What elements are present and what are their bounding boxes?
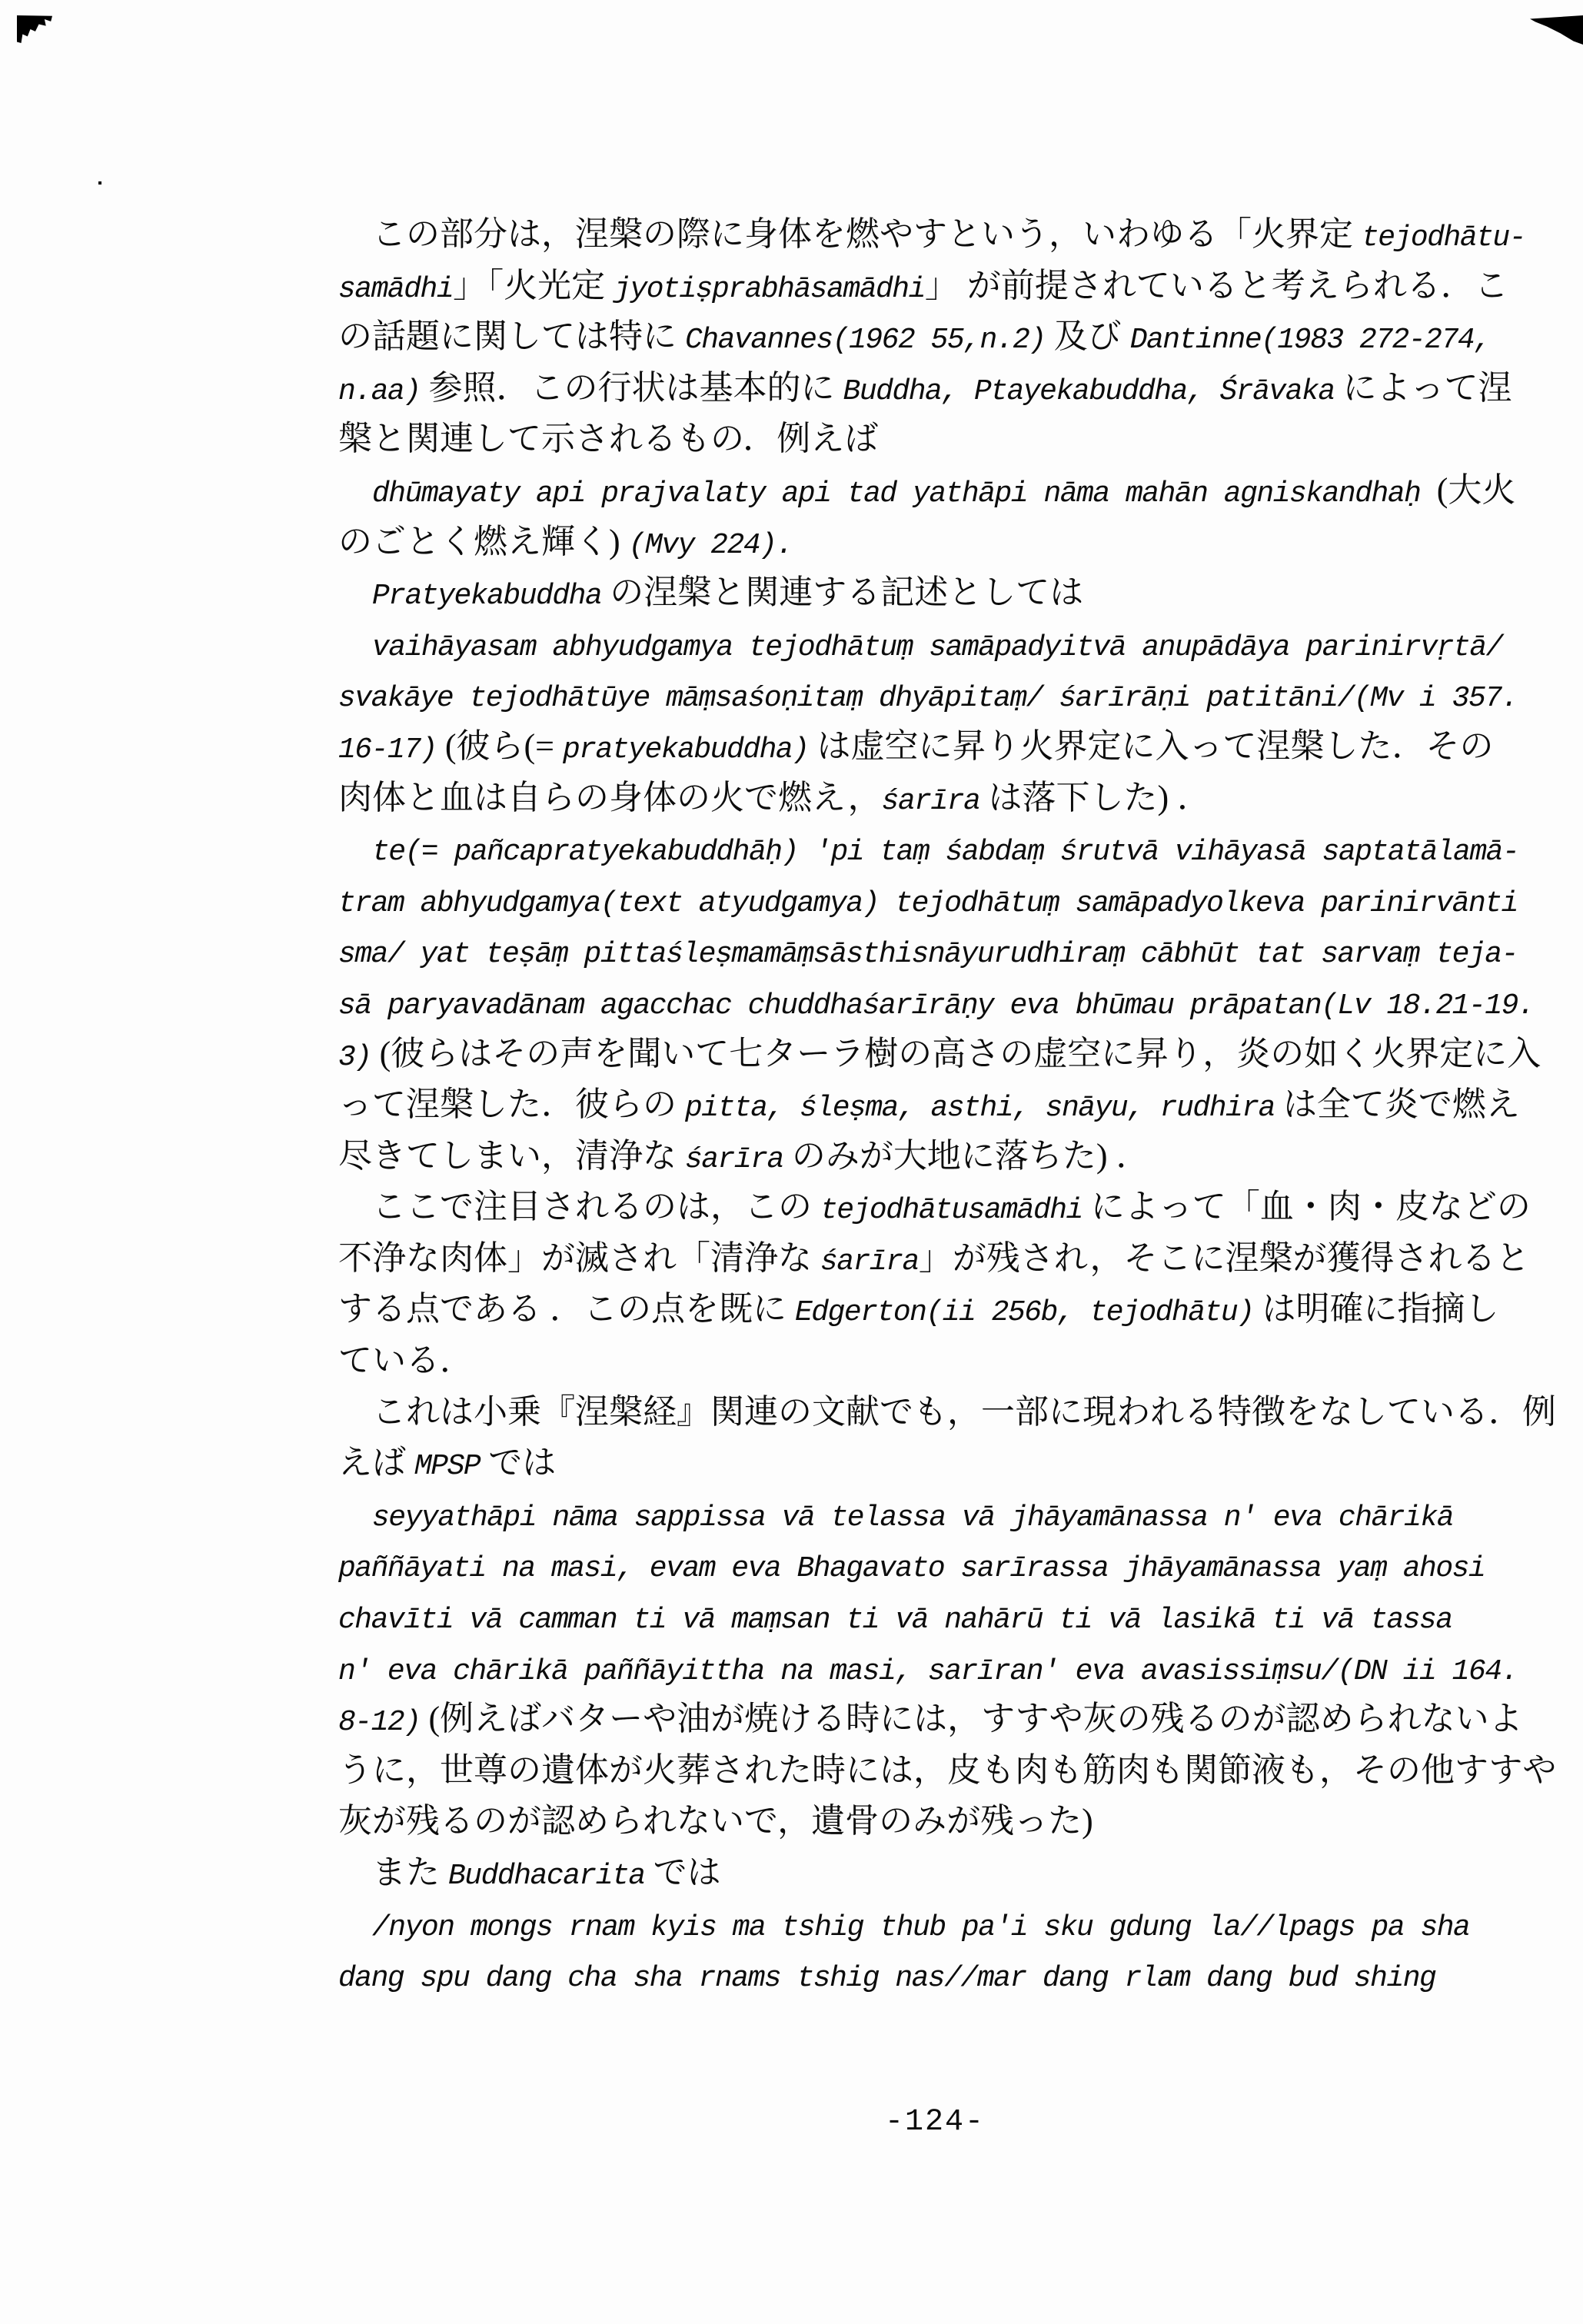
text-line: これは小乗『涅槃経』関連の文献でも，一部に現われる特徴をなしている．例 bbox=[338, 1387, 1531, 1438]
japanese-segment: うに，世尊の遺体が火葬された時には，皮も肉も筋肉も関節液も，その他すすや bbox=[338, 1751, 1556, 1789]
transliteration-segment: pitta, śleṣma, asthi, snāyu, rudhira bbox=[685, 1092, 1275, 1125]
text-line: ここで注目されるのは，この tejodhātusamādhi によって「血・肉・… bbox=[338, 1182, 1531, 1233]
text-line: ている． bbox=[338, 1335, 1531, 1387]
japanese-segment: 参照．この行状は基本的に bbox=[421, 369, 843, 407]
transliteration-segment: Dantinne(1983 272-274, bbox=[1130, 324, 1491, 357]
transliteration-segment: tram abhyudgamya(text atyudgamya) tejodh… bbox=[338, 887, 1518, 920]
japanese-segment: この部分は，涅槃の際に身体を燃やすという，いわゆる「火界定 bbox=[372, 215, 1362, 253]
japanese-segment: (例えばバターや油が焼ける時には，すすや灰の残るのが認められないよ bbox=[421, 1700, 1523, 1737]
japanese-segment: これは小乗『涅槃経』関連の文献でも，一部に現われる特徴をなしている．例 bbox=[372, 1393, 1556, 1431]
text-line: chavīti vā camman ti vā maṃsan ti vā nah… bbox=[338, 1591, 1531, 1643]
text-line: dang spu dang cha sha rnams tshig nas//m… bbox=[338, 1950, 1531, 2001]
transliteration-segment: n.aa) bbox=[338, 375, 421, 408]
transliteration-segment: 8-12) bbox=[338, 1706, 421, 1739]
japanese-segment: (彼ら(= bbox=[437, 727, 563, 765]
text-line: seyyathāpi nāma sappissa vā telassa vā j… bbox=[338, 1489, 1531, 1541]
japanese-segment: 灰が残るのが認められないで，遺骨のみが残った) bbox=[338, 1802, 1093, 1840]
japanese-segment: ここで注目されるのは，この bbox=[372, 1188, 820, 1225]
japanese-segment: えば bbox=[338, 1444, 414, 1481]
text-line: 灰が残るのが認められないで，遺骨のみが残った) bbox=[338, 1796, 1531, 1847]
text-line: Pratyekabuddha の涅槃と関連する記述としては bbox=[338, 567, 1531, 619]
japanese-segment: って涅槃した．彼らの bbox=[338, 1086, 685, 1123]
japanese-segment: の話題に関しては特に bbox=[338, 318, 685, 355]
japanese-segment: のみが大地に落ちた) ． bbox=[783, 1137, 1150, 1175]
text-line: また Buddhacarita では bbox=[338, 1847, 1531, 1899]
japanese-segment: 槃と関連して示されるもの．例えば bbox=[338, 420, 878, 457]
japanese-segment: 」「火光定 bbox=[453, 267, 614, 304]
japanese-segment: 」が残され，そこに涅槃が獲得されると bbox=[919, 1239, 1530, 1277]
transliteration-segment: vaihāyasam abhyudgamya tejodhātuṃ samāpa… bbox=[372, 631, 1502, 664]
transliteration-segment: jyotiṣprabhāsamādhi bbox=[614, 273, 925, 306]
text-line: /nyon mongs rnam kyis ma tshig thub pa'i… bbox=[338, 1899, 1531, 1950]
transliteration-segment: tejodhātu- bbox=[1362, 221, 1525, 254]
text-line: 不浄な肉体」が滅され「清浄な śarīra」が残され，そこに涅槃が獲得されると bbox=[338, 1233, 1531, 1285]
text-line: sma/ yat teṣāṃ pittaśleṣmamāṃsāsthisnāyu… bbox=[338, 926, 1531, 977]
japanese-segment: 肉体と血は自らの身体の火で燃え， bbox=[338, 779, 882, 816]
text-line: tram abhyudgamya(text atyudgamya) tejodh… bbox=[338, 875, 1531, 926]
transliteration-segment: te(= pañcapratyekabuddhāḥ) 'pi taṃ śabda… bbox=[372, 836, 1518, 869]
text-line: n.aa) 参照．この行状は基本的に Buddha, Ptayekabuddha… bbox=[338, 363, 1531, 414]
japanese-segment: では bbox=[480, 1444, 556, 1481]
japanese-segment: 不浄な肉体」が滅され「清浄な bbox=[338, 1239, 820, 1277]
japanese-segment: は全て炎で燃え bbox=[1275, 1086, 1520, 1123]
text-line: する点である ．この点を既に Edgerton(ii 256b, tejodhā… bbox=[338, 1284, 1531, 1335]
torn-corner-mark-top-right bbox=[1530, 15, 1583, 45]
text-line: の話題に関しては特に Chavannes(1962 55,n.2) 及び Dan… bbox=[338, 311, 1531, 363]
text-line: 槃と関連して示されるもの．例えば bbox=[338, 414, 1531, 465]
transliteration-segment: chavīti vā camman ti vā maṃsan ti vā nah… bbox=[338, 1604, 1452, 1637]
japanese-segment: 及び bbox=[1046, 318, 1130, 355]
scanned-page: { "colors": { "paper": "#fdfdfd", "ink":… bbox=[0, 0, 1583, 2324]
ink-speck bbox=[98, 181, 101, 185]
transliteration-segment: Buddhacarita bbox=[448, 1860, 645, 1893]
japanese-segment: また bbox=[372, 1854, 448, 1891]
transliteration-segment: pratyekabuddha) bbox=[563, 733, 809, 766]
text-line: って涅槃した．彼らの pitta, śleṣma, asthi, snāyu, … bbox=[338, 1079, 1531, 1131]
japanese-segment: によって「血・肉・皮などの bbox=[1082, 1188, 1531, 1225]
text-line: えば MPSP では bbox=[338, 1438, 1531, 1489]
japanese-segment: (彼らはその声を聞いて七ターラ樹の高さの虚空に昇り，炎の如く火界定に入 bbox=[371, 1035, 1541, 1072]
text-line: この部分は，涅槃の際に身体を燃やすという，いわゆる「火界定 tejodhātu- bbox=[338, 209, 1531, 261]
transliteration-segment: MPSP bbox=[414, 1450, 480, 1483]
transliteration-segment: śarīra bbox=[882, 785, 980, 818]
torn-corner-mark-top-left bbox=[17, 15, 52, 43]
transliteration-segment: seyyathāpi nāma sappissa vā telassa vā j… bbox=[372, 1501, 1453, 1534]
japanese-segment: の涅槃と関連する記述としては bbox=[601, 574, 1083, 611]
transliteration-segment: dang spu dang cha sha rnams tshig nas//m… bbox=[338, 1962, 1435, 1995]
text-line: うに，世尊の遺体が火葬された時には，皮も肉も筋肉も関節液も，その他すすや bbox=[338, 1745, 1531, 1797]
japanese-segment: する点である ．この点を既に bbox=[338, 1290, 795, 1328]
text-line: 肉体と血は自らの身体の火で燃え，śarīra は落下した) ． bbox=[338, 773, 1531, 824]
text-line: dhūmayaty api prajvalaty api tad yathāpi… bbox=[338, 465, 1531, 517]
transliteration-segment: tejodhātusamādhi bbox=[820, 1194, 1082, 1227]
text-line: te(= pañcapratyekabuddhāḥ) 'pi taṃ śabda… bbox=[338, 823, 1531, 875]
transliteration-segment: Chavannes(1962 55,n.2) bbox=[685, 324, 1046, 357]
japanese-segment: のごとく燃え輝く) bbox=[338, 523, 629, 560]
text-line: 16-17) (彼ら(= pratyekabuddha) は虚空に昇り火界定に入… bbox=[338, 721, 1531, 773]
transliteration-segment: paññāyati na masi, evam eva Bhagavato sa… bbox=[338, 1552, 1485, 1585]
text-line: sā paryavadānam agacchac chuddhaśarīrāṇy… bbox=[338, 977, 1531, 1029]
text-line: のごとく燃え輝く) (Mvy 224). bbox=[338, 517, 1531, 568]
transliteration-segment: 16-17) bbox=[338, 733, 437, 766]
japanese-segment: (大火 bbox=[1437, 471, 1516, 509]
text-block: この部分は，涅槃の際に身体を燃やすという，いわゆる「火界定 tejodhātu-… bbox=[338, 209, 1531, 2001]
japanese-segment: 尽きてしまい，清浄な bbox=[338, 1137, 685, 1175]
page-number: -124- bbox=[338, 2105, 1531, 2139]
text-line: svakāye tejodhātūye māṃsaśoṇitaṃ dhyāpit… bbox=[338, 670, 1531, 721]
transliteration-segment: Edgerton(ii 256b, tejodhātu) bbox=[795, 1296, 1254, 1329]
japanese-segment: 」 が前提されていると考えられる．こ bbox=[925, 267, 1508, 304]
transliteration-segment: n' eva chārikā paññāyittha na masi, sarī… bbox=[338, 1655, 1518, 1688]
japanese-segment: ている． bbox=[338, 1342, 474, 1379]
transliteration-segment: 3) bbox=[338, 1041, 371, 1074]
japanese-segment: は明確に指摘し bbox=[1254, 1290, 1499, 1328]
japanese-segment: によって涅 bbox=[1335, 369, 1512, 407]
text-line: 3) (彼らはその声を聞いて七ターラ樹の高さの虚空に昇り，炎の如く火界定に入 bbox=[338, 1029, 1531, 1080]
text-line: samādhi」「火光定 jyotiṣprabhāsamādhi」 が前提されて… bbox=[338, 261, 1531, 312]
transliteration-segment: sma/ yat teṣāṃ pittaśleṣmamāṃsāsthisnāyu… bbox=[338, 938, 1518, 971]
transliteration-segment: śarīra bbox=[820, 1245, 919, 1278]
transliteration-segment: Buddha, Ptayekabuddha, Śrāvaka bbox=[843, 375, 1335, 408]
text-line: vaihāyasam abhyudgamya tejodhātuṃ samāpa… bbox=[338, 619, 1531, 670]
japanese-segment: は落下した) ． bbox=[979, 779, 1211, 816]
text-line: n' eva chārikā paññāyittha na masi, sarī… bbox=[338, 1643, 1531, 1694]
transliteration-segment: /nyon mongs rnam kyis ma tshig thub pa'i… bbox=[372, 1911, 1469, 1944]
transliteration-segment: Pratyekabuddha bbox=[372, 580, 601, 613]
text-line: 尽きてしまい，清浄な śarīra のみが大地に落ちた) ． bbox=[338, 1131, 1531, 1182]
japanese-segment: では bbox=[645, 1854, 721, 1891]
transliteration-segment: samādhi bbox=[338, 273, 453, 306]
transliteration-segment: (Mvy 224). bbox=[629, 529, 793, 562]
transliteration-segment: dhūmayaty api prajvalaty api tad yathāpi… bbox=[372, 477, 1437, 510]
text-line: paññāyati na masi, evam eva Bhagavato sa… bbox=[338, 1540, 1531, 1591]
transliteration-segment: śarīra bbox=[685, 1143, 783, 1176]
transliteration-segment: sā paryavadānam agacchac chuddhaśarīrāṇy… bbox=[338, 989, 1534, 1022]
japanese-segment: は虚空に昇り火界定に入って涅槃した．その bbox=[809, 727, 1494, 765]
transliteration-segment: svakāye tejodhātūye māṃsaśoṇitaṃ dhyāpit… bbox=[338, 682, 1518, 715]
text-line: 8-12) (例えばバターや油が焼ける時には，すすや灰の残るのが認められないよ bbox=[338, 1694, 1531, 1745]
